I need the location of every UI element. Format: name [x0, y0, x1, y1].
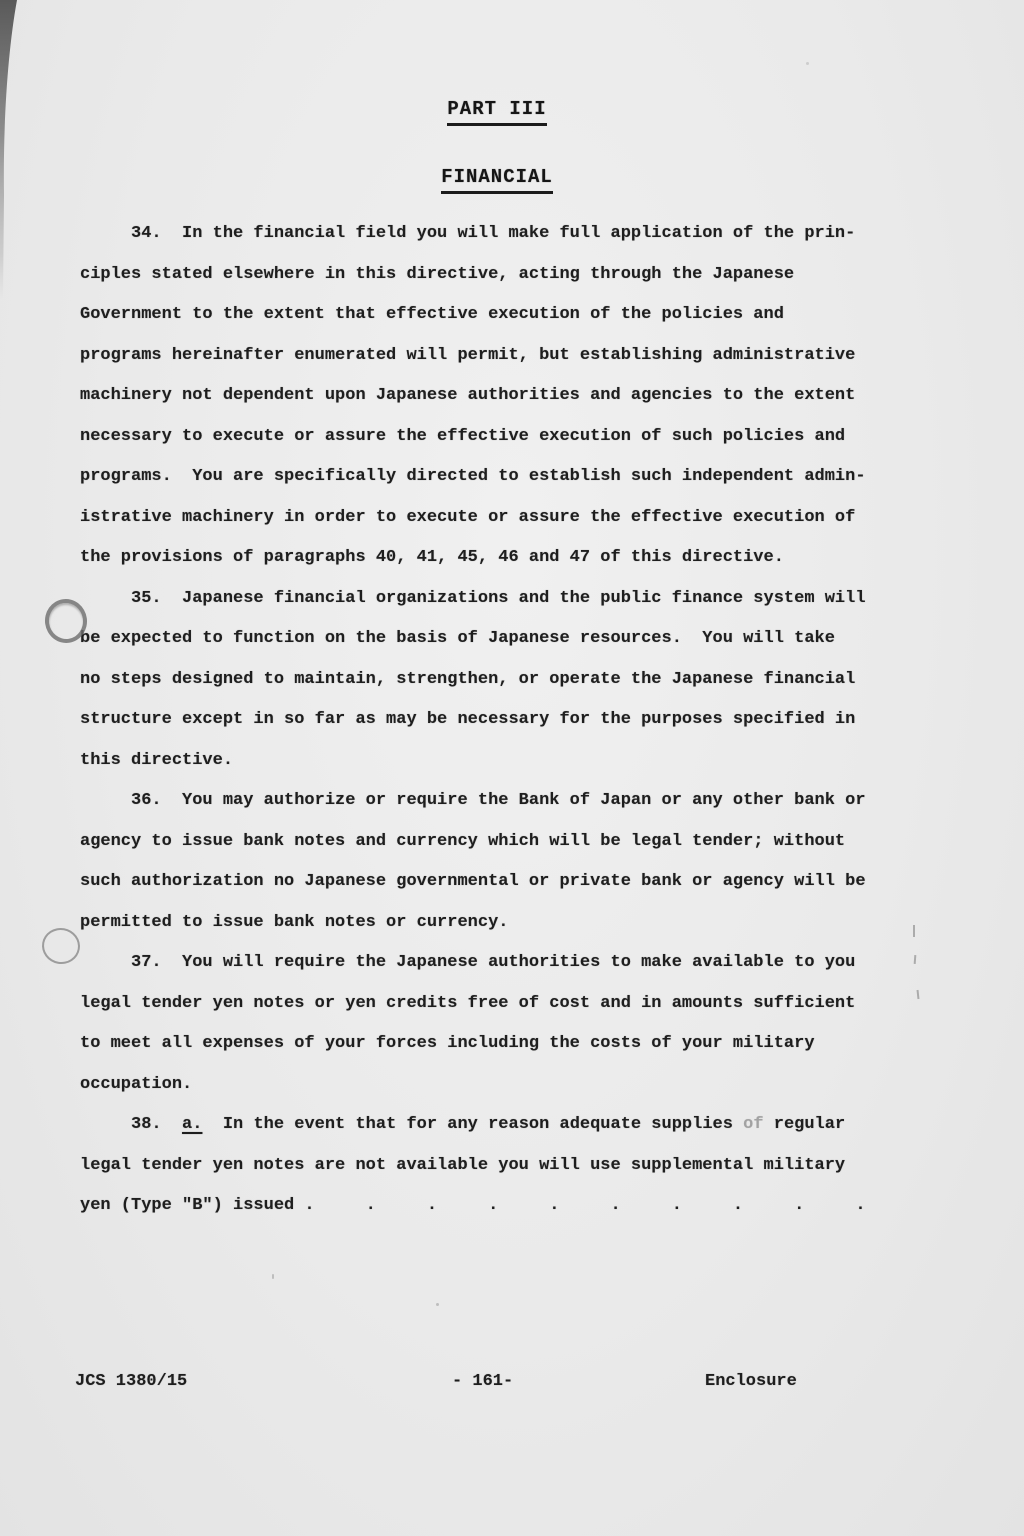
- enclosure-label: Enclosure: [705, 1372, 797, 1391]
- text-line: legal tender yen notes are not available…: [80, 1146, 980, 1187]
- text-line: necessary to execute or assure the effec…: [80, 417, 980, 458]
- text-line: 38. a. In the event that for any reason …: [80, 1105, 980, 1146]
- part-title: PART III: [0, 98, 994, 126]
- text-line: no steps designed to maintain, strengthe…: [80, 660, 980, 701]
- text-line: the provisions of paragraphs 40, 41, 45,…: [80, 538, 980, 579]
- text-line: legal tender yen notes or yen credits fr…: [80, 984, 980, 1025]
- scan-speck: [436, 1303, 439, 1306]
- text-line: permitted to issue bank notes or currenc…: [80, 903, 980, 944]
- faded-word: of: [743, 1115, 763, 1134]
- text-line: ciples stated elsewhere in this directiv…: [80, 255, 980, 296]
- text-segment: In the event that for any reason adequat…: [202, 1115, 743, 1134]
- section-title-text: FINANCIAL: [441, 166, 553, 194]
- document-reference: JCS 1380/15: [75, 1372, 187, 1391]
- scan-edge-artifact: [0, 0, 44, 300]
- text-line: occupation.: [80, 1065, 980, 1106]
- text-line: be expected to function on the basis of …: [80, 619, 980, 660]
- scan-speck: [806, 62, 809, 65]
- para-number: 38.: [80, 1115, 182, 1134]
- text-line: to meet all expenses of your forces incl…: [80, 1024, 980, 1065]
- text-segment: regular: [764, 1115, 846, 1134]
- text-line: 35. Japanese financial organizations and…: [80, 579, 980, 620]
- text-line: 34. In the financial field you will make…: [80, 214, 980, 255]
- text-line: structure except in so far as may be nec…: [80, 700, 980, 741]
- pencil-circle-annotation: [39, 925, 83, 967]
- part-title-text: PART III: [447, 98, 546, 126]
- document-page: PART III FINANCIAL 34. In the financial …: [0, 0, 1024, 1536]
- scan-mark: [913, 925, 915, 937]
- page-number: - 161-: [452, 1372, 513, 1391]
- text-line: yen (Type "B") issued . . . . . . . . . …: [80, 1186, 980, 1227]
- text-line: programs. You are specifically directed …: [80, 457, 980, 498]
- section-title: FINANCIAL: [0, 166, 994, 194]
- text-line: programs hereinafter enumerated will per…: [80, 336, 980, 377]
- text-line: Government to the extent that effective …: [80, 295, 980, 336]
- text-line: machinery not dependent upon Japanese au…: [80, 376, 980, 417]
- text-line: agency to issue bank notes and currency …: [80, 822, 980, 863]
- sub-paragraph-letter: a.: [182, 1115, 202, 1134]
- scan-speck: [272, 1274, 274, 1279]
- text-line: istrative machinery in order to execute …: [80, 498, 980, 539]
- text-line: 37. You will require the Japanese author…: [80, 943, 980, 984]
- text-line: this directive.: [80, 741, 980, 782]
- text-line: such authorization no Japanese governmen…: [80, 862, 980, 903]
- text-line: 36. You may authorize or require the Ban…: [80, 781, 980, 822]
- document-body: 34. In the financial field you will make…: [80, 214, 980, 1227]
